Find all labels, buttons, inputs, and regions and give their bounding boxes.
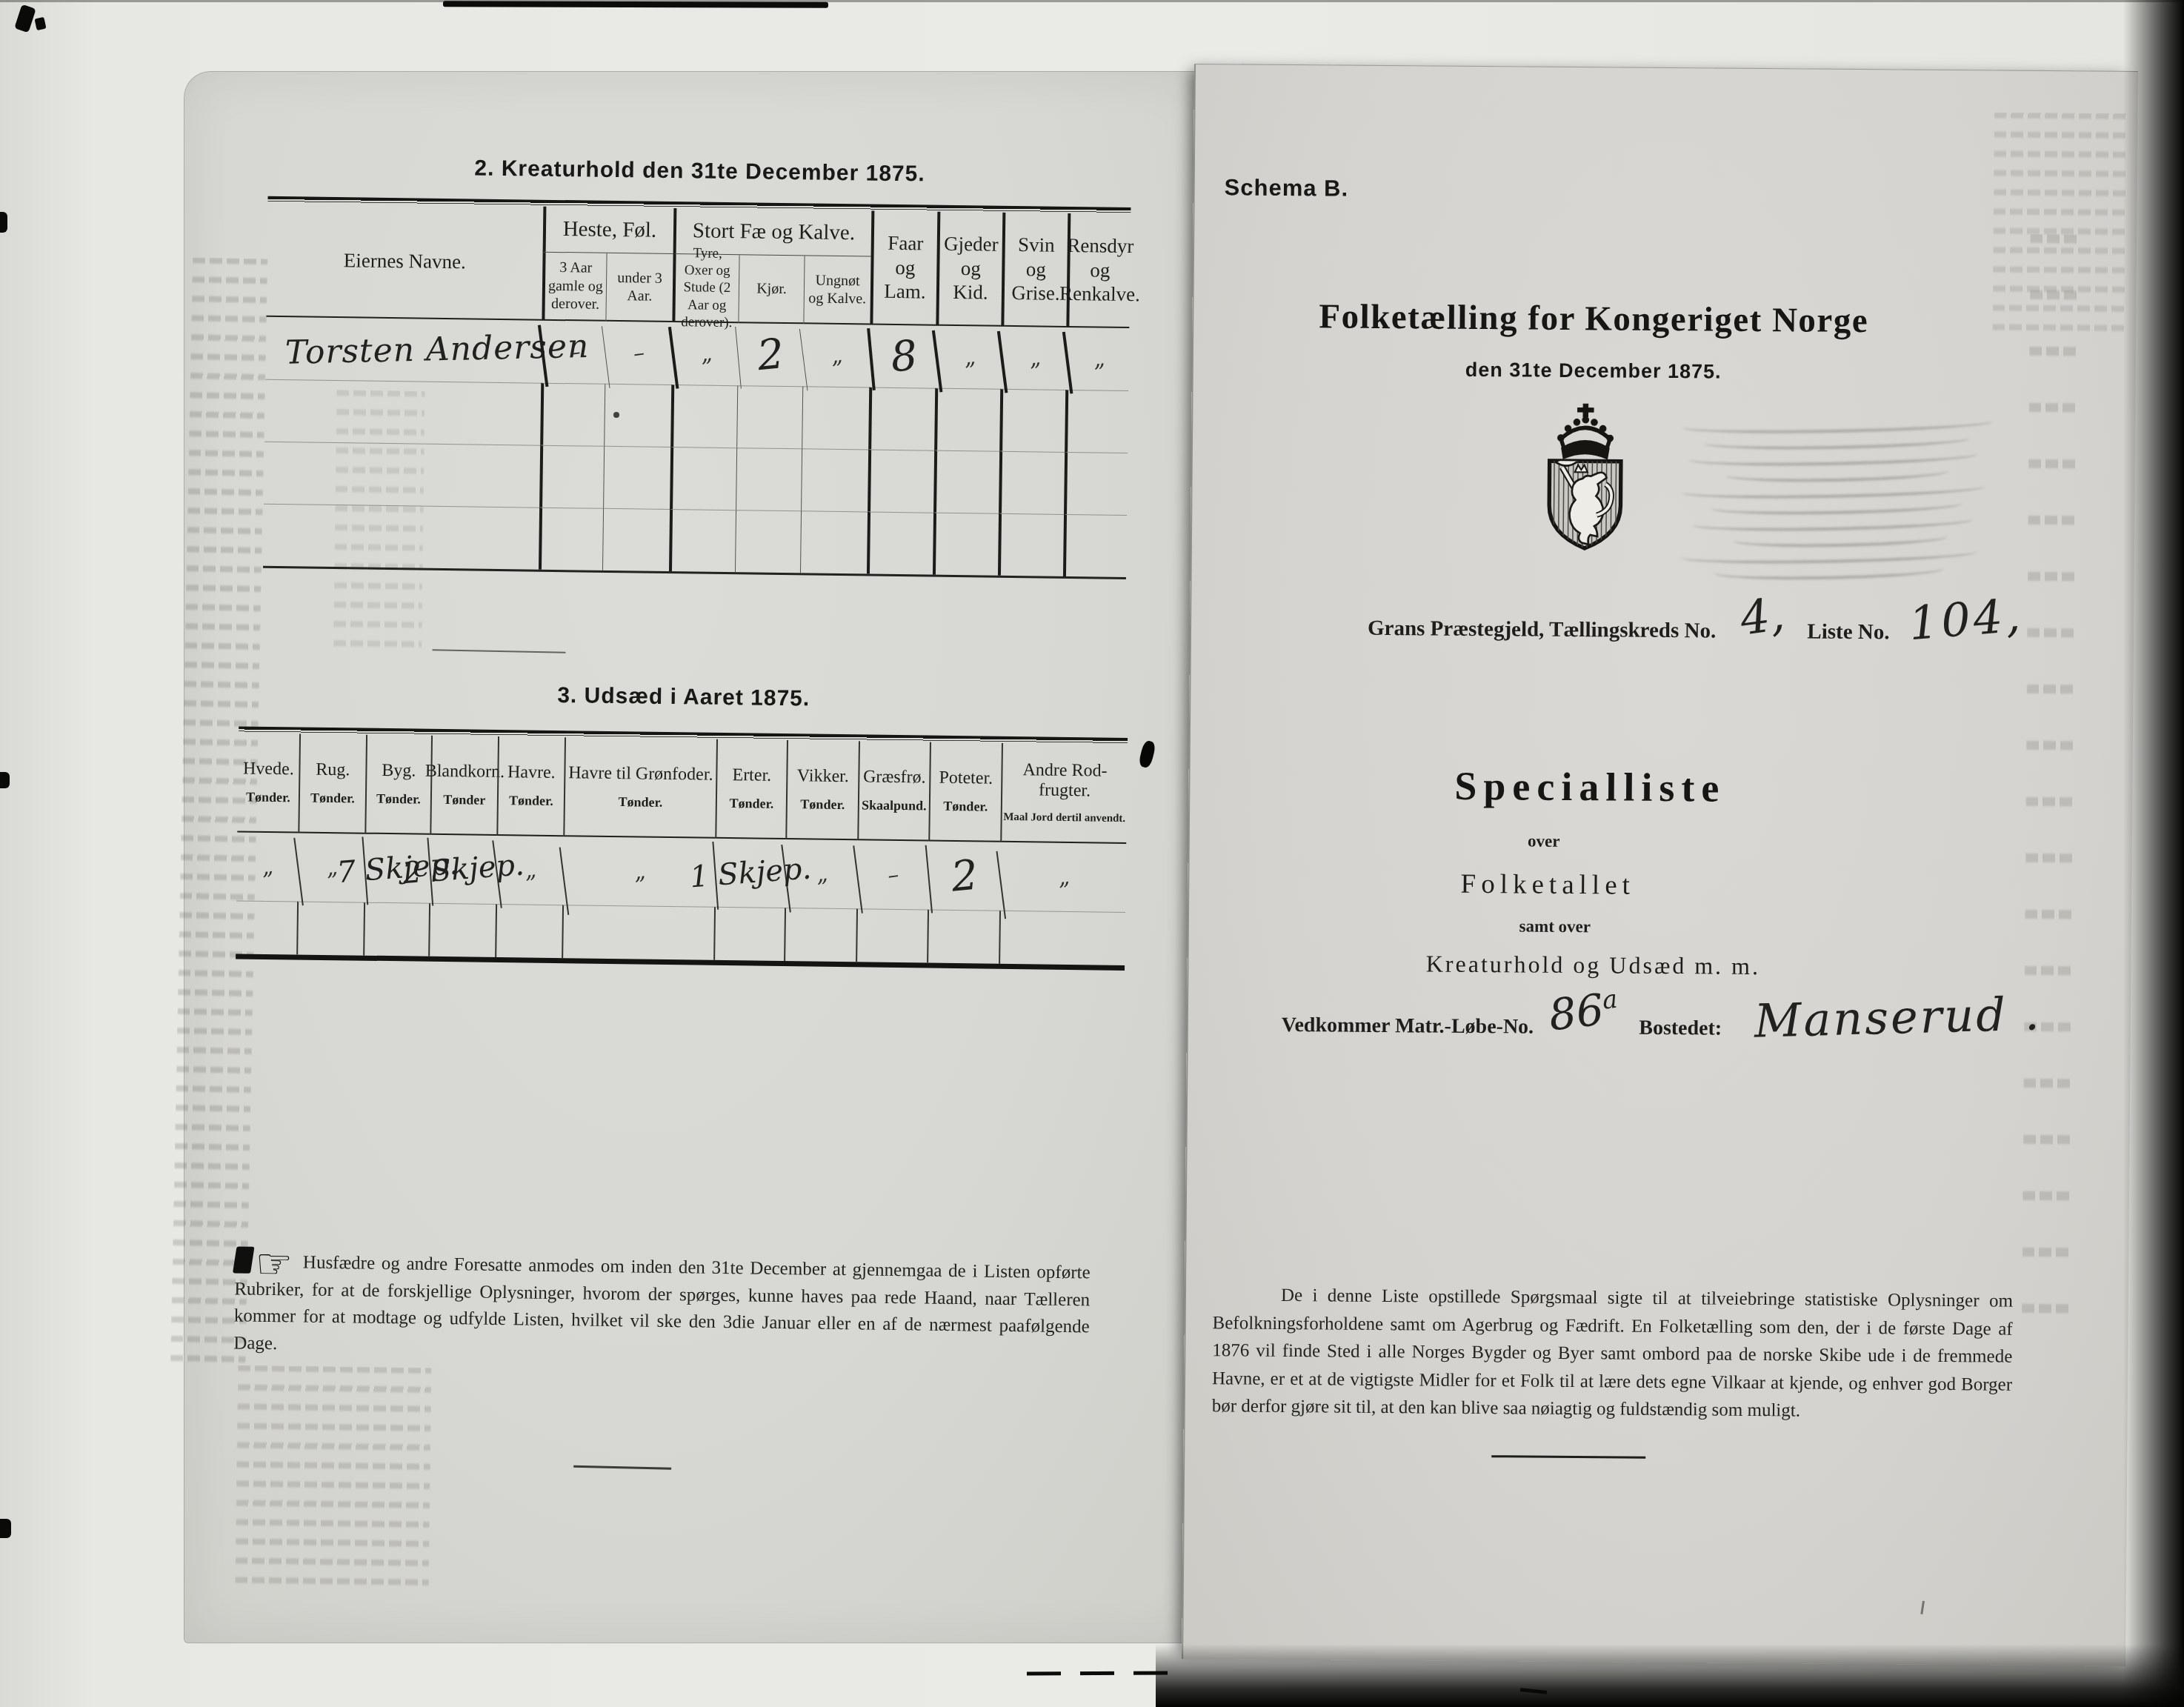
empty-cell <box>495 904 562 958</box>
column-header-grass-seed: Græsfrø.Skaalpund. <box>857 741 930 841</box>
empty-cell <box>933 450 999 513</box>
crop-unit: Tønder <box>443 793 485 808</box>
bleedthrough-handwriting <box>1681 415 2023 581</box>
samt-over-label: samt over <box>1266 915 1844 939</box>
empty-cell <box>736 447 802 510</box>
livestock-table-header: Eiernes Navne. Heste, Føl. Stort Fæ og K… <box>266 203 1131 328</box>
empty-cell <box>868 387 935 450</box>
cell-peas: 1 Skjep. <box>712 836 788 910</box>
empty-cell <box>999 389 1065 452</box>
crop-unit: Tønder. <box>310 791 355 807</box>
corner-mark <box>34 17 46 30</box>
crops-table: Hvede.Tønder. Rug.Tønder. Byg.Tønder. Bl… <box>236 726 1128 971</box>
empty-cell <box>868 449 934 512</box>
bottom-edge-shadow <box>1156 1644 2184 1707</box>
owner-name-cell: Torsten Andersen <box>265 316 542 384</box>
empty-cell <box>856 908 928 962</box>
empty-cell <box>1064 452 1128 515</box>
cell-goats: „ <box>932 322 1005 392</box>
crop-unit: Tønder. <box>943 799 988 815</box>
cell-mixed-grain: 2 Skjep. <box>427 833 499 905</box>
empty-cell <box>998 513 1064 576</box>
empty-cell <box>927 910 999 964</box>
cell-wheat: „ <box>233 829 302 905</box>
cell-grass-seed: – <box>853 836 932 913</box>
livestock-table: Eiernes Navne. Heste, Føl. Stort Fæ og K… <box>263 196 1131 579</box>
empty-cell <box>670 385 737 447</box>
empty-cell <box>934 388 1000 451</box>
column-header-peas: Erter.Tønder. <box>715 739 787 839</box>
crop-unit: Tønder. <box>246 790 290 805</box>
empty-cell <box>713 907 785 961</box>
matrikkel-number-main: 86 <box>1547 984 1607 1040</box>
manicule-cuff <box>233 1246 255 1273</box>
crop-name: Rug. <box>316 760 350 781</box>
crop-unit: Tønder. <box>509 793 553 809</box>
census-subtitle: den 31te December 1875. <box>1305 357 1882 385</box>
folketallet-heading: Folketallet <box>1259 867 1837 903</box>
matrikkel-label: Vedkommer Matr.-Løbe-No. <box>1282 1014 1534 1039</box>
empty-cell <box>296 901 364 955</box>
crop-name: Græsfrø. <box>863 768 926 789</box>
matrikkel-number-handwritten: 86a <box>1547 982 1622 1040</box>
crop-unit: Tønder. <box>618 795 662 811</box>
cell-root-crops: „ <box>996 836 1129 919</box>
column-header-calves: Ungnøt og Kalve. <box>803 256 870 325</box>
edge-speck <box>0 772 10 788</box>
empty-cell <box>784 908 856 962</box>
livestock-table-body: Torsten Andersen – – „ 2 „ 8 „ „ „ <box>263 317 1129 579</box>
right-edge-shadow <box>2123 0 2184 1707</box>
column-header-bulls-oxen: Tyre, Oxer og Stude (2 Aar og derover). <box>672 254 739 323</box>
district-label: Grans Præstegjeld, Tællingskreds No. <box>1368 616 1716 644</box>
empty-cell <box>736 385 802 448</box>
empty-cell <box>670 447 736 510</box>
crop-unit: Maal Jord dertil anvendt. <box>1003 811 1125 825</box>
column-header-cows: Kjør. <box>738 255 804 324</box>
crops-table-header: Hvede.Tønder. Rug.Tønder. Byg.Tønder. Bl… <box>237 733 1128 844</box>
district-line: Grans Præstegjeld, Tællingskreds No. 4, … <box>1368 592 2023 651</box>
column-header-reindeer: Rensdyr og Renkalve. <box>1066 213 1131 328</box>
stray-mark <box>1920 1601 1925 1614</box>
crop-name: Byg. <box>382 761 416 782</box>
list-number-label: Liste No. <box>1807 620 1889 645</box>
crops-table-title: 3. Udsæd i Aaret 1875. <box>239 679 1128 716</box>
cell-horses-old: – <box>538 317 609 387</box>
empty-cell <box>263 504 539 570</box>
crops-table-body: „ „ 7 Skjep. 2 Skjep. „ „ 1 Skjep. „ – 2… <box>236 832 1126 971</box>
empty-cell <box>539 445 604 508</box>
norwegian-coat-of-arms <box>1531 402 1639 562</box>
livestock-table-title: 2. Kreaturhold den 31te December 1875. <box>268 153 1131 190</box>
column-header-sheep: Faar og Lam. <box>870 211 937 326</box>
small-dot <box>613 412 619 418</box>
crop-unit: Tønder. <box>376 792 421 808</box>
left-page: 2. Kreaturhold den 31te December 1875. E… <box>184 71 1208 1643</box>
cell-pigs: „ <box>997 323 1070 393</box>
empty-cell <box>603 446 670 509</box>
list-heading-block: Specialliste over Folketallet samt over … <box>1299 762 1879 981</box>
crop-unit: Tønder. <box>800 797 845 813</box>
empty-cell <box>999 911 1125 965</box>
edge-speck <box>0 212 7 233</box>
empty-cell <box>602 508 670 571</box>
cell-calves: „ <box>799 321 873 391</box>
column-header-barley: Byg.Tønder. <box>364 735 431 835</box>
top-edge-bar <box>443 1 828 7</box>
empty-cell <box>264 379 541 445</box>
top-edge-line <box>0 0 2184 2</box>
column-header-oats: Havre.Tønder. <box>496 736 565 836</box>
crop-unit: Tønder. <box>729 796 773 812</box>
specialliste-heading: Specialliste <box>1301 762 1879 812</box>
cell-reindeer: „ <box>1062 325 1133 394</box>
empty-cell <box>539 508 603 570</box>
empty-cell <box>363 902 429 956</box>
column-header-horses-young: under 3 Aar. <box>605 253 673 322</box>
column-header-pigs: Svin og Grise. <box>1001 213 1068 327</box>
district-number-handwritten: 4, <box>1737 587 1788 646</box>
crop-name: Poteter. <box>939 768 993 790</box>
empty-cell <box>999 451 1065 514</box>
empty-cell <box>428 903 496 957</box>
list-number-handwritten: 104, <box>1906 588 2024 650</box>
crop-name: Havre til Grønfoder. <box>568 764 713 786</box>
cell-sheep: 8 <box>867 322 938 390</box>
empty-cell <box>540 383 605 446</box>
crop-name: Blandkorn. <box>425 762 505 783</box>
bleedthrough-number-column <box>2022 234 2079 1316</box>
empty-cell <box>800 510 868 573</box>
cell-bulls-oxen: „ <box>668 319 742 389</box>
over-label: over <box>1255 830 1833 853</box>
bottom-rule-right-page <box>1491 1455 1645 1459</box>
empty-cell <box>264 442 540 508</box>
explanatory-paragraph: De i denne Liste opstillede Spørgsmaal s… <box>1212 1281 2013 1426</box>
bosted-value-handwritten: Manserud . <box>1754 986 2042 1048</box>
schema-label: Schema B. <box>1225 174 1349 202</box>
crop-name: Andre Rod-frugter. <box>1002 760 1128 802</box>
crown-icon <box>1557 404 1613 458</box>
empty-cell <box>933 513 999 576</box>
scanned-census-document: 2. Kreaturhold den 31te December 1875. E… <box>0 0 2184 1707</box>
crop-name: Erter. <box>732 765 771 786</box>
empty-cell <box>867 511 933 574</box>
bottom-rule-left-page <box>573 1465 671 1470</box>
column-header-rye: Rug.Tønder. <box>298 733 366 833</box>
column-header-horses-old: 3 Aar gamle og derover. <box>542 253 606 322</box>
bleedthrough-text-bottom <box>235 1365 432 1597</box>
right-page: Schema B. Folketælling for Kongeriget No… <box>1182 64 2138 1666</box>
bosted-label: Bostedet: <box>1639 1016 1722 1041</box>
notice-paragraph: ☞Husfædre og andre Foresatte anmodes om … <box>233 1246 1091 1368</box>
cell-potatoes: 2 <box>925 839 1003 913</box>
column-group-horses: Heste, Føl. <box>543 207 674 254</box>
notice-text: Husfædre og andre Foresatte anmodes om i… <box>233 1253 1091 1354</box>
cell-cows: 2 <box>735 321 805 389</box>
census-title: Folketælling for Kongeriget Norge <box>1305 296 1882 341</box>
matrikkel-line: Vedkommer Matr.-Løbe-No. 86a Bostedet: M… <box>1282 988 2042 1048</box>
column-header-root-crops: Andre Rod-frugter.Maal Jord dertil anven… <box>1000 743 1128 844</box>
column-header-wheat: Hvede.Tønder. <box>237 733 299 833</box>
column-header-mixed-grain: Blandkorn.Tønder <box>430 736 498 836</box>
empty-cell <box>562 905 714 960</box>
crop-name: Hvede. <box>243 759 294 780</box>
empty-cell <box>735 510 801 573</box>
crop-unit: Skaalpund. <box>862 798 927 813</box>
empty-cell <box>802 386 869 449</box>
empty-cell <box>1063 514 1127 577</box>
empty-cell <box>669 509 736 572</box>
crop-name: Havre. <box>507 762 556 783</box>
crop-name: Vikker. <box>797 767 849 788</box>
column-header-green-fodder-oats: Havre til Grønfoder.Tønder. <box>563 737 716 839</box>
census-title-block: Folketælling for Kongeriget Norge den 31… <box>1305 296 1883 385</box>
empty-cell <box>801 448 868 511</box>
edge-speck <box>0 1519 11 1538</box>
corner-mark <box>14 4 36 33</box>
matrikkel-number-suffix: a <box>1601 985 1619 1016</box>
column-header-goats: Gjeder og Kid. <box>936 212 1002 327</box>
empty-cell <box>1065 390 1128 453</box>
separator-rule <box>433 649 566 653</box>
column-header-potatoes: Poteter.Tønder. <box>928 742 1002 842</box>
kreaturhold-heading: Kreaturhold og Udsæd m. m. <box>1304 949 1882 981</box>
empty-cell <box>236 900 297 954</box>
cell-horses-young: – <box>602 318 676 388</box>
column-header-owner: Eiernes Navne. <box>266 203 543 321</box>
column-header-vetches: Vikker.Tønder. <box>785 740 859 840</box>
